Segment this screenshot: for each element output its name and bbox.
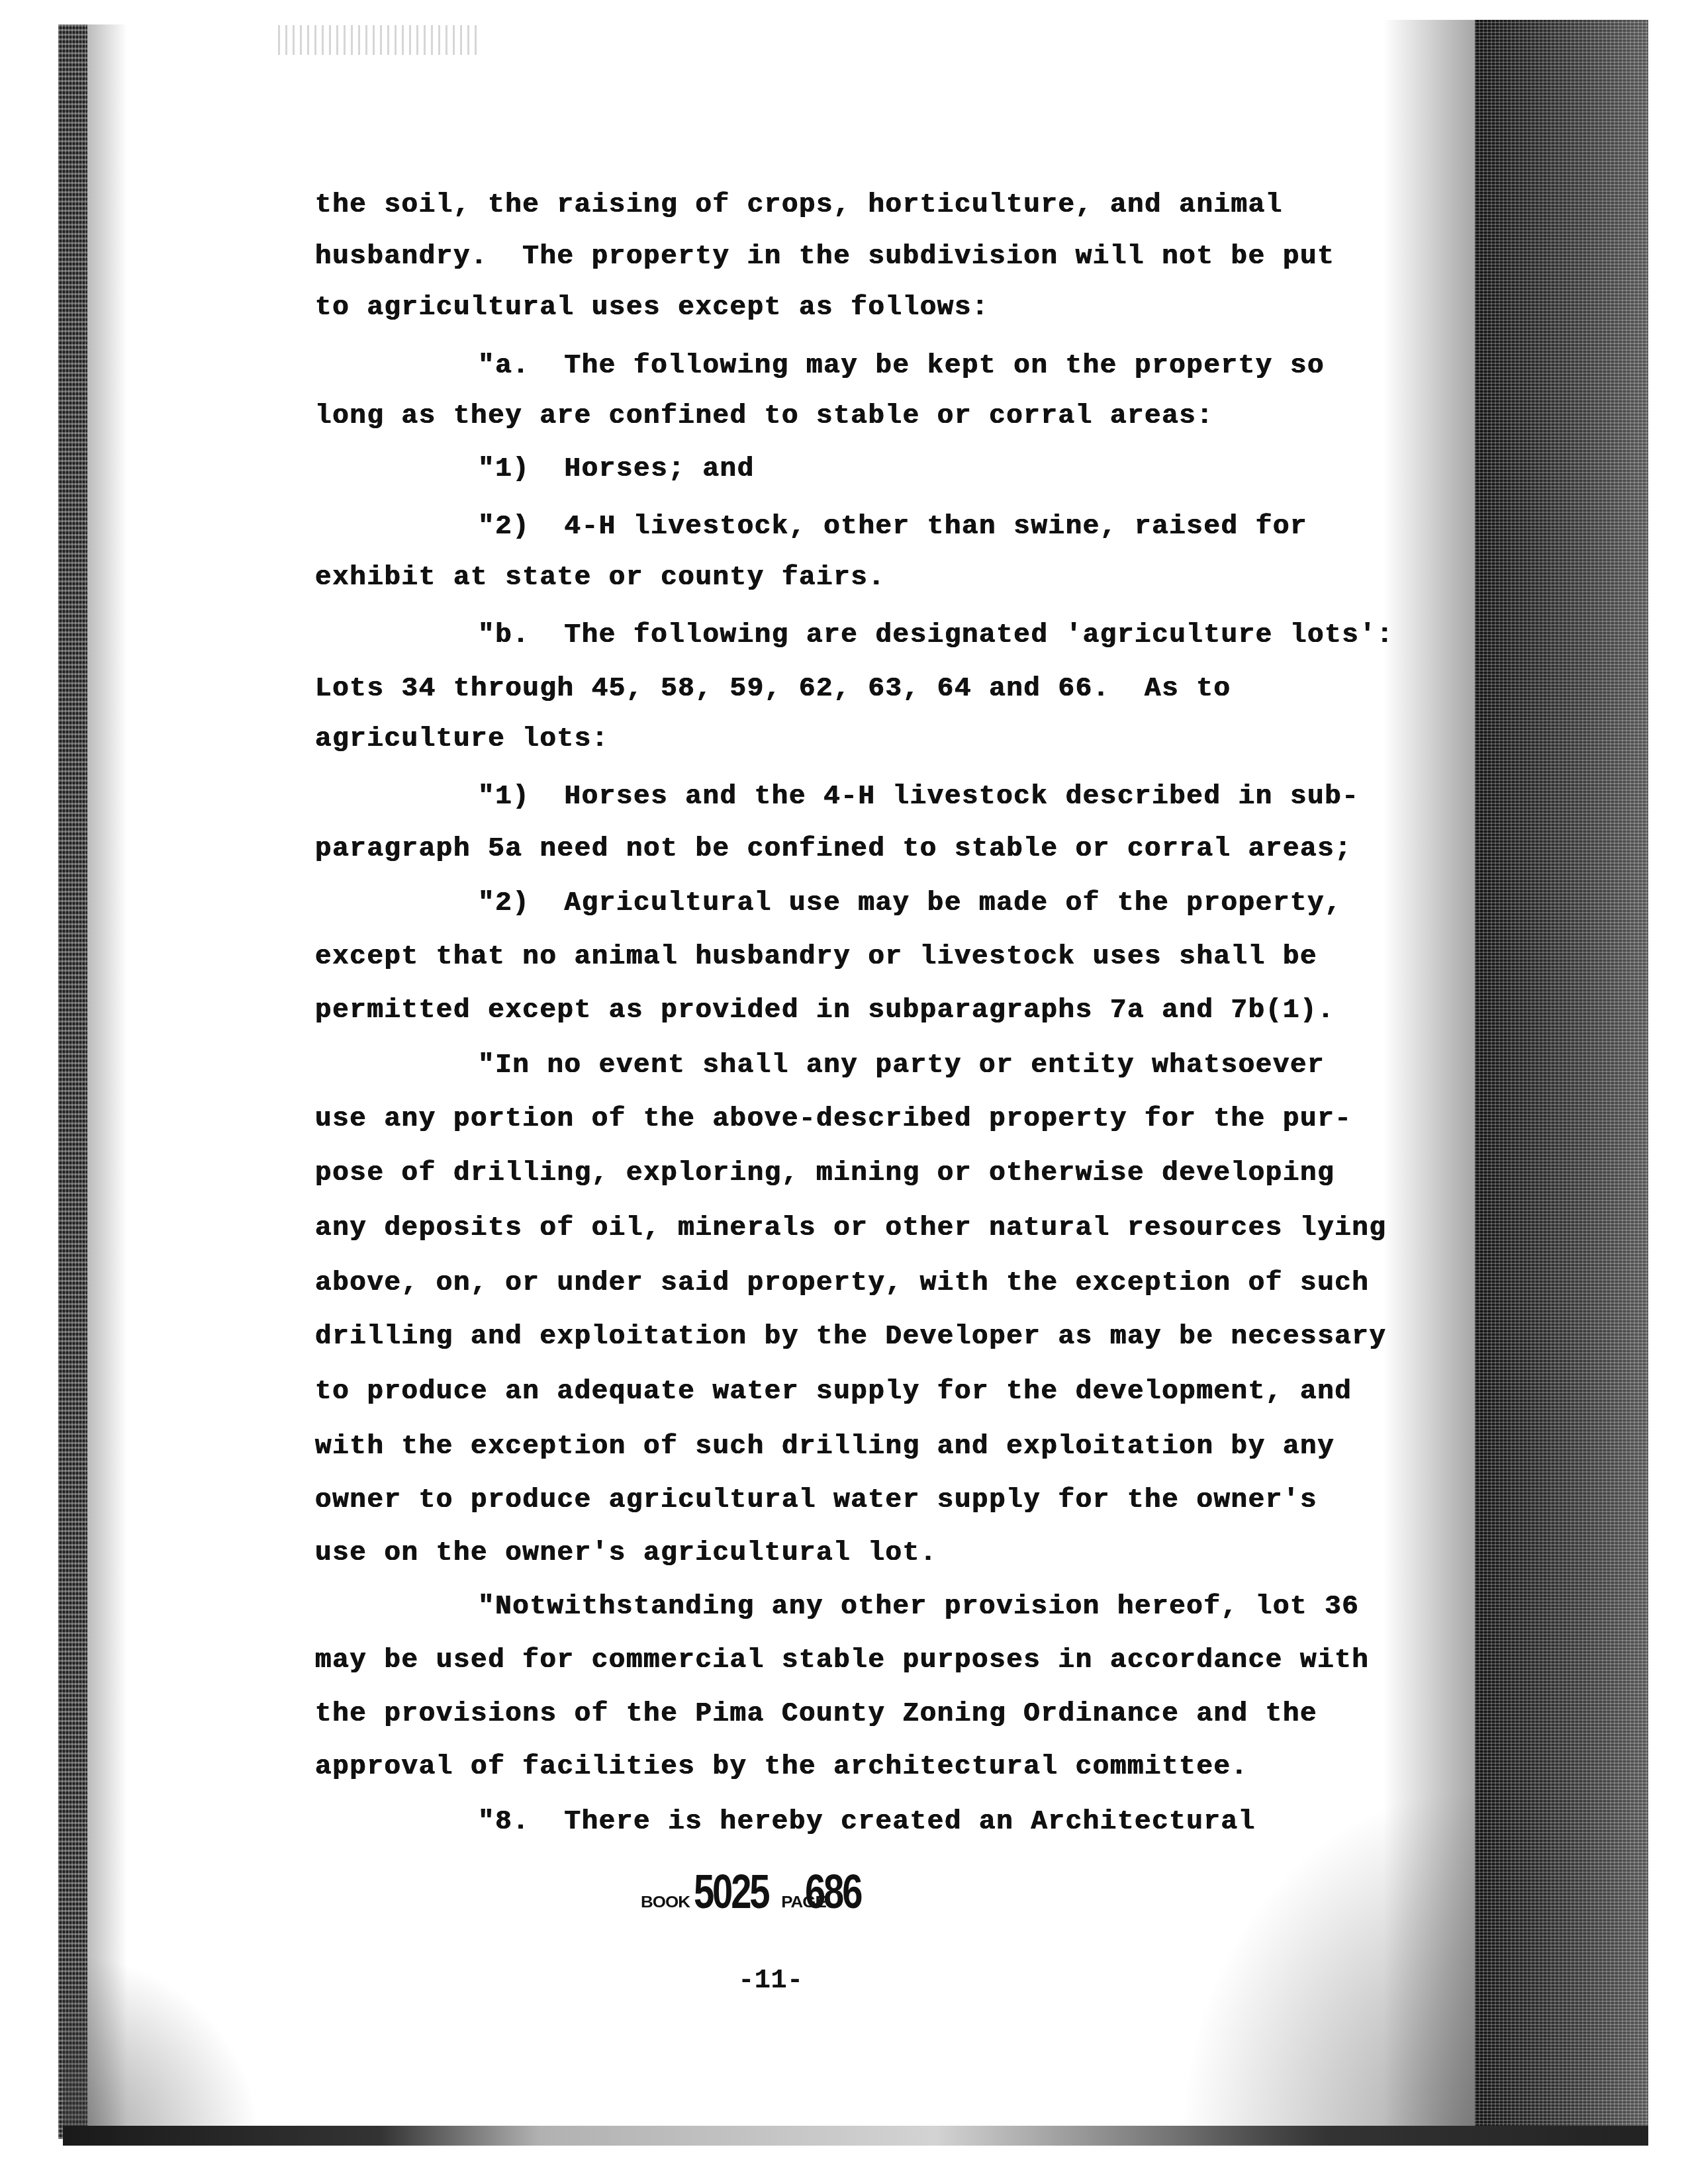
text-line: to produce an adequate water supply for … — [315, 1379, 1352, 1406]
scan-border-bottom — [63, 2126, 1648, 2146]
stamp-book-label: BOOK — [641, 1893, 690, 1912]
text-line: permitted except as provided in subparag… — [315, 997, 1335, 1024]
text-line: "a. The following may be kept on the pro… — [478, 353, 1325, 380]
text-line: the soil, the raising of crops, horticul… — [315, 192, 1283, 219]
text-line: the provisions of the Pima County Zoning… — [315, 1701, 1317, 1728]
text-line: husbandry. The property in the subdivisi… — [315, 244, 1335, 271]
page-number: -11- — [738, 1966, 803, 1996]
text-line: above, on, or under said property, with … — [315, 1270, 1369, 1297]
text-line: long as they are confined to stable or c… — [315, 403, 1213, 430]
scan-border-right — [1475, 20, 1648, 2144]
text-line: "1) Horses and the 4-H livestock describ… — [478, 784, 1359, 811]
text-line: "b. The following are designated 'agricu… — [478, 622, 1394, 649]
text-line: to agricultural uses except as follows: — [315, 295, 989, 322]
text-line: approval of facilities by the architectu… — [315, 1754, 1248, 1781]
stamp-page-number: 686 — [805, 1865, 861, 1919]
text-line: exhibit at state or county fairs. — [315, 565, 885, 592]
text-line: "1) Horses; and — [478, 456, 755, 483]
text-line: pose of drilling, exploring, mining or o… — [315, 1160, 1335, 1187]
text-line: except that no animal husbandry or lives… — [315, 944, 1317, 971]
text-line: "2) Agricultural use may be made of the … — [478, 890, 1342, 917]
text-line: agriculture lots: — [315, 726, 609, 753]
text-line: with the exception of such drilling and … — [315, 1433, 1335, 1461]
text-line: "In no event shall any party or entity w… — [478, 1052, 1325, 1079]
text-line: "2) 4-H livestock, other than swine, rai… — [478, 514, 1307, 541]
text-line: drilling and exploitation by the Develop… — [315, 1324, 1386, 1351]
stamp-book-number: 5025 — [694, 1865, 768, 1919]
text-line: owner to produce agricultural water supp… — [315, 1487, 1317, 1514]
text-line: "8. There is hereby created an Architect… — [478, 1809, 1256, 1836]
text-line: use any portion of the above-described p… — [315, 1106, 1352, 1133]
text-line: may be used for commercial stable purpos… — [315, 1647, 1369, 1674]
text-line: use on the owner's agricultural lot. — [315, 1540, 937, 1567]
scan-shadow-bottom-right — [1178, 1787, 1476, 2144]
text-line: "Notwithstanding any other provision her… — [478, 1594, 1359, 1621]
recording-stamp: BOOK 5025 PAGE 686 — [641, 1865, 876, 1919]
text-line: paragraph 5a need not be confined to sta… — [315, 836, 1352, 863]
scan-shadow-left — [87, 24, 127, 2139]
scan-speckle-top — [278, 25, 477, 55]
scan-shadow-bottom-left — [63, 1952, 261, 2144]
scan-border-left — [58, 24, 87, 2139]
text-line: any deposits of oil, minerals or other n… — [315, 1215, 1386, 1242]
text-line: Lots 34 through 45, 58, 59, 62, 63, 64 a… — [315, 676, 1231, 703]
